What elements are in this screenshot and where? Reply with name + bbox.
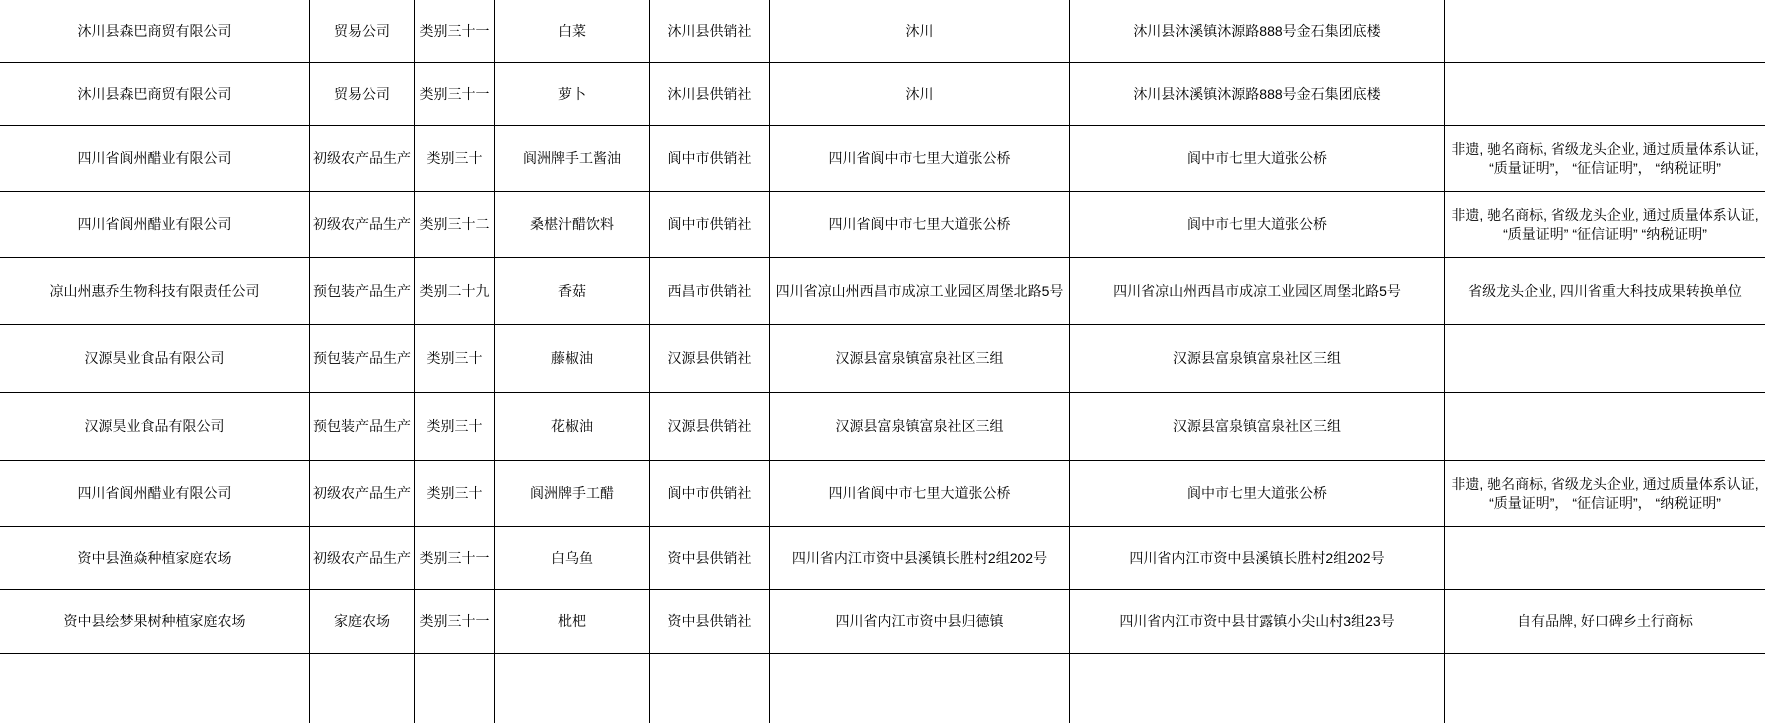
cell-empty — [770, 654, 1070, 723]
cell-empty — [495, 654, 650, 723]
cell-cooperative: 汉源县供销社 — [650, 325, 770, 393]
cell-address1: 汉源县富泉镇富泉社区三组 — [770, 325, 1070, 393]
cell-company: 汉源昊业食品有限公司 — [0, 393, 310, 461]
cell-category: 类别三十一 — [415, 590, 495, 654]
cell-type: 家庭农场 — [310, 590, 415, 654]
cell-product: 阆洲牌手工酱油 — [495, 126, 650, 192]
cell-cooperative: 阆中市供销社 — [650, 192, 770, 258]
cell-type: 贸易公司 — [310, 63, 415, 126]
cell-empty — [415, 654, 495, 723]
table-row-partial — [0, 654, 1765, 723]
cell-type: 初级农产品生产 — [310, 192, 415, 258]
cell-category: 类别二十九 — [415, 258, 495, 325]
cell-address2: 汉源县富泉镇富泉社区三组 — [1070, 393, 1445, 461]
table-row: 汉源昊业食品有限公司预包装产品生产类别三十花椒油汉源县供销社汉源县富泉镇富泉社区… — [0, 393, 1765, 461]
table-row: 四川省阆州醋业有限公司初级农产品生产类别三十阆洲牌手工醋阆中市供销社四川省阆中市… — [0, 461, 1765, 527]
cell-address1: 四川省阆中市七里大道张公桥 — [770, 461, 1070, 527]
cell-product: 花椒油 — [495, 393, 650, 461]
cell-type: 预包装产品生产 — [310, 258, 415, 325]
cell-company: 资中县绘梦果树种植家庭农场 — [0, 590, 310, 654]
cell-notes: 非遗, 驰名商标, 省级龙头企业, 通过质量体系认证, “质量证明” “征信证明… — [1445, 192, 1765, 258]
cell-address1: 四川省内江市资中县归德镇 — [770, 590, 1070, 654]
cell-address1: 汉源县富泉镇富泉社区三组 — [770, 393, 1070, 461]
cell-category: 类别三十 — [415, 325, 495, 393]
cell-category: 类别三十一 — [415, 63, 495, 126]
table-row: 沐川县森巴商贸有限公司贸易公司类别三十一萝卜沐川县供销社沐川沐川县沐溪镇沐源路8… — [0, 63, 1765, 126]
table-row: 凉山州惠乔生物科技有限责任公司预包装产品生产类别二十九香菇西昌市供销社四川省凉山… — [0, 258, 1765, 325]
cell-cooperative: 阆中市供销社 — [650, 461, 770, 527]
cell-company: 资中县渔焱种植家庭农场 — [0, 527, 310, 590]
cell-address2: 阆中市七里大道张公桥 — [1070, 126, 1445, 192]
cell-empty — [650, 654, 770, 723]
cell-address1: 沐川 — [770, 63, 1070, 126]
cell-empty — [1070, 654, 1445, 723]
cell-address2: 阆中市七里大道张公桥 — [1070, 461, 1445, 527]
cell-address2: 四川省内江市资中县甘露镇小尖山村3组23号 — [1070, 590, 1445, 654]
cell-cooperative: 沐川县供销社 — [650, 63, 770, 126]
table-row: 沐川县森巴商贸有限公司贸易公司类别三十一白菜沐川县供销社沐川沐川县沐溪镇沐源路8… — [0, 0, 1765, 63]
cell-company: 四川省阆州醋业有限公司 — [0, 126, 310, 192]
cell-cooperative: 西昌市供销社 — [650, 258, 770, 325]
cell-type: 预包装产品生产 — [310, 393, 415, 461]
cell-cooperative: 沐川县供销社 — [650, 0, 770, 63]
cell-address2: 汉源县富泉镇富泉社区三组 — [1070, 325, 1445, 393]
cell-address2: 沐川县沐溪镇沐源路888号金石集团底楼 — [1070, 0, 1445, 63]
cell-cooperative: 阆中市供销社 — [650, 126, 770, 192]
cell-notes — [1445, 63, 1765, 126]
cell-company: 四川省阆州醋业有限公司 — [0, 192, 310, 258]
cell-address2: 四川省内江市资中县溪镇长胜村2组202号 — [1070, 527, 1445, 590]
table-row: 资中县绘梦果树种植家庭农场家庭农场类别三十一枇杷资中县供销社四川省内江市资中县归… — [0, 590, 1765, 654]
cell-notes — [1445, 393, 1765, 461]
cell-notes — [1445, 0, 1765, 63]
cell-category: 类别三十 — [415, 393, 495, 461]
cell-address1: 四川省阆中市七里大道张公桥 — [770, 192, 1070, 258]
cell-empty — [1445, 654, 1765, 723]
cell-company: 沐川县森巴商贸有限公司 — [0, 0, 310, 63]
cell-address1: 四川省阆中市七里大道张公桥 — [770, 126, 1070, 192]
cell-cooperative: 资中县供销社 — [650, 590, 770, 654]
cell-address2: 阆中市七里大道张公桥 — [1070, 192, 1445, 258]
cell-company: 沐川县森巴商贸有限公司 — [0, 63, 310, 126]
cell-product: 萝卜 — [495, 63, 650, 126]
cell-type: 初级农产品生产 — [310, 126, 415, 192]
cell-notes: 非遗, 驰名商标, 省级龙头企业, 通过质量体系认证, “质量证明”， “征信证… — [1445, 461, 1765, 527]
cell-empty — [0, 654, 310, 723]
cell-empty — [310, 654, 415, 723]
cell-category: 类别三十 — [415, 461, 495, 527]
cell-category: 类别三十一 — [415, 0, 495, 63]
cell-product: 藤椒油 — [495, 325, 650, 393]
cell-address1: 四川省内江市资中县溪镇长胜村2组202号 — [770, 527, 1070, 590]
cell-type: 初级农产品生产 — [310, 527, 415, 590]
cell-company: 凉山州惠乔生物科技有限责任公司 — [0, 258, 310, 325]
cell-type: 预包装产品生产 — [310, 325, 415, 393]
table-row: 四川省阆州醋业有限公司初级农产品生产类别三十二桑椹汁醋饮料阆中市供销社四川省阆中… — [0, 192, 1765, 258]
cell-product: 桑椹汁醋饮料 — [495, 192, 650, 258]
cell-address2: 沐川县沐溪镇沐源路888号金石集团底楼 — [1070, 63, 1445, 126]
cell-product: 香菇 — [495, 258, 650, 325]
cell-product: 枇杷 — [495, 590, 650, 654]
cell-address1: 四川省凉山州西昌市成凉工业园区周堡北路5号 — [770, 258, 1070, 325]
cell-address2: 四川省凉山州西昌市成凉工业园区周堡北路5号 — [1070, 258, 1445, 325]
enterprise-table: 沐川县森巴商贸有限公司贸易公司类别三十一白菜沐川县供销社沐川沐川县沐溪镇沐源路8… — [0, 0, 1765, 723]
cell-notes: 非遗, 驰名商标, 省级龙头企业, 通过质量体系认证, “质量证明”， “征信证… — [1445, 126, 1765, 192]
cell-cooperative: 资中县供销社 — [650, 527, 770, 590]
cell-notes — [1445, 325, 1765, 393]
cell-address1: 沐川 — [770, 0, 1070, 63]
cell-notes: 省级龙头企业, 四川省重大科技成果转换单位 — [1445, 258, 1765, 325]
cell-notes: 自有品牌, 好口碑乡土行商标 — [1445, 590, 1765, 654]
cell-company: 四川省阆州醋业有限公司 — [0, 461, 310, 527]
cell-category: 类别三十 — [415, 126, 495, 192]
cell-product: 白菜 — [495, 0, 650, 63]
table-row: 汉源昊业食品有限公司预包装产品生产类别三十藤椒油汉源县供销社汉源县富泉镇富泉社区… — [0, 325, 1765, 393]
cell-company: 汉源昊业食品有限公司 — [0, 325, 310, 393]
table-row: 资中县渔焱种植家庭农场初级农产品生产类别三十一白乌鱼资中县供销社四川省内江市资中… — [0, 527, 1765, 590]
cell-type: 初级农产品生产 — [310, 461, 415, 527]
table-row: 四川省阆州醋业有限公司初级农产品生产类别三十阆洲牌手工酱油阆中市供销社四川省阆中… — [0, 126, 1765, 192]
cell-product: 阆洲牌手工醋 — [495, 461, 650, 527]
cell-notes — [1445, 527, 1765, 590]
cell-category: 类别三十二 — [415, 192, 495, 258]
cell-type: 贸易公司 — [310, 0, 415, 63]
cell-category: 类别三十一 — [415, 527, 495, 590]
cell-product: 白乌鱼 — [495, 527, 650, 590]
cell-cooperative: 汉源县供销社 — [650, 393, 770, 461]
